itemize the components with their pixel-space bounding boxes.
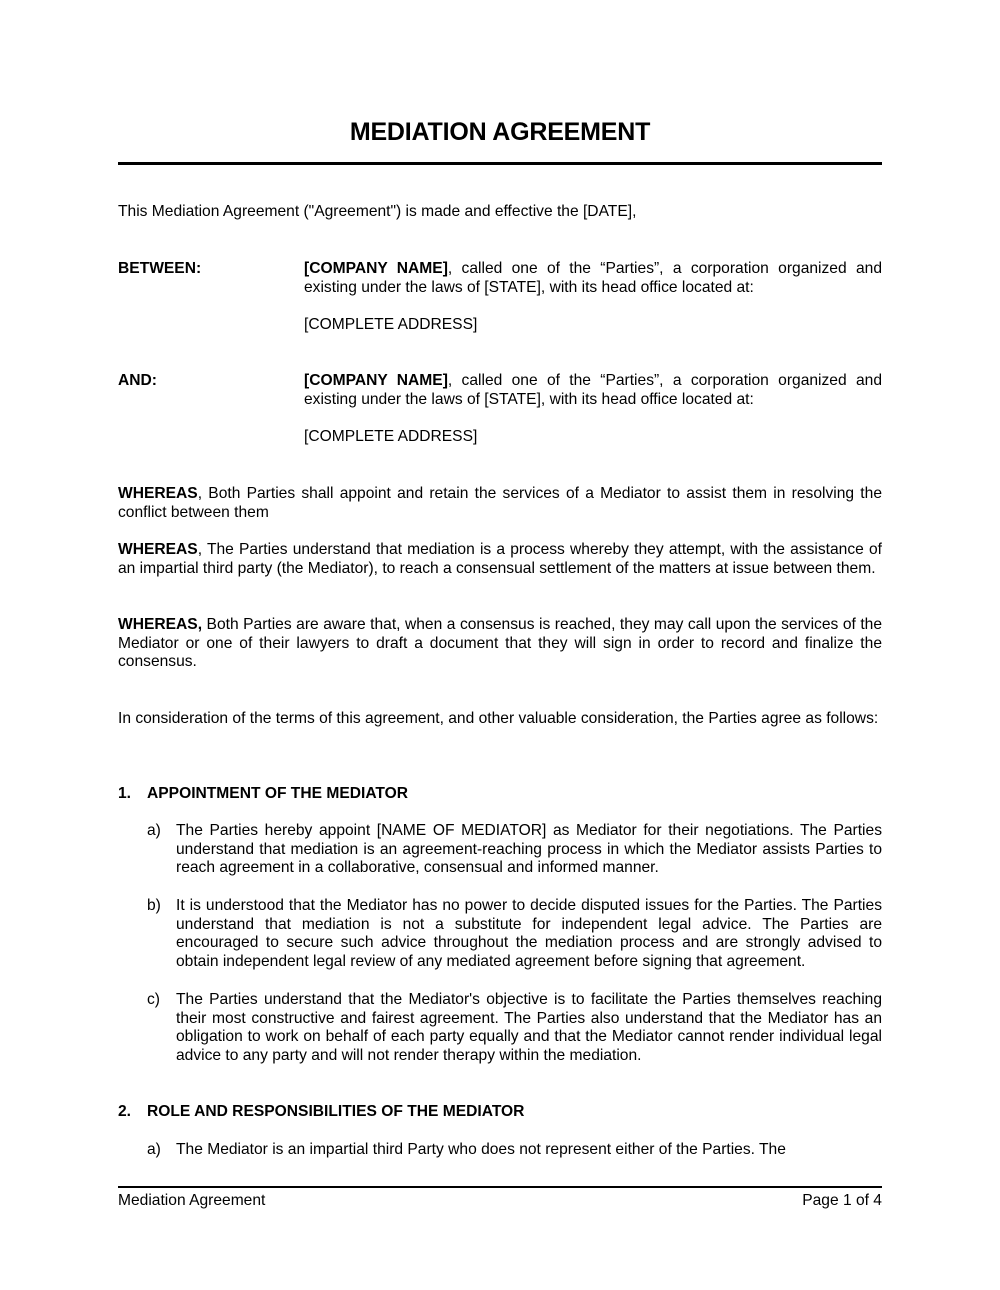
list-item: b) It is understood that the Mediator ha…	[147, 897, 882, 971]
consideration-paragraph: In consideration of the terms of this ag…	[118, 710, 882, 729]
list-marker: a)	[147, 822, 161, 841]
recital-paragraph: WHEREAS, The Parties understand that med…	[118, 541, 882, 578]
footer-page-number: Page 1 of 4	[802, 1192, 882, 1211]
section-heading: 2.ROLE AND RESPONSIBILITIES OF THE MEDIA…	[118, 1103, 524, 1122]
party-label: BETWEEN:	[118, 260, 201, 279]
list-marker: b)	[147, 897, 161, 916]
document-title: MEDIATION AGREEMENT	[118, 117, 882, 147]
party-address: [COMPLETE ADDRESS]	[304, 316, 882, 335]
party-description: [COMPANY NAME], called one of the “Parti…	[304, 260, 882, 297]
list-item: c) The Parties understand that the Media…	[147, 991, 882, 1065]
party-description: [COMPANY NAME], called one of the “Parti…	[304, 372, 882, 409]
list-item: a) The Parties hereby appoint [NAME OF M…	[147, 822, 882, 878]
party-company-name: [COMPANY NAME]	[304, 372, 448, 389]
intro-paragraph: This Mediation Agreement ("Agreement") i…	[118, 203, 882, 222]
list-marker: a)	[147, 1141, 161, 1160]
recital-paragraph: WHEREAS, Both Parties are aware that, wh…	[118, 616, 882, 672]
footer-rule	[118, 1186, 882, 1188]
list-marker: c)	[147, 991, 160, 1010]
list-item: a) The Mediator is an impartial third Pa…	[147, 1141, 882, 1160]
party-address: [COMPLETE ADDRESS]	[304, 428, 882, 447]
footer-document-name: Mediation Agreement	[118, 1192, 265, 1211]
recital-paragraph: WHEREAS, Both Parties shall appoint and …	[118, 485, 882, 522]
title-rule	[118, 162, 882, 165]
party-company-name: [COMPANY NAME]	[304, 260, 448, 277]
section-heading: 1.APPOINTMENT OF THE MEDIATOR	[118, 785, 408, 804]
party-label: AND:	[118, 372, 157, 391]
